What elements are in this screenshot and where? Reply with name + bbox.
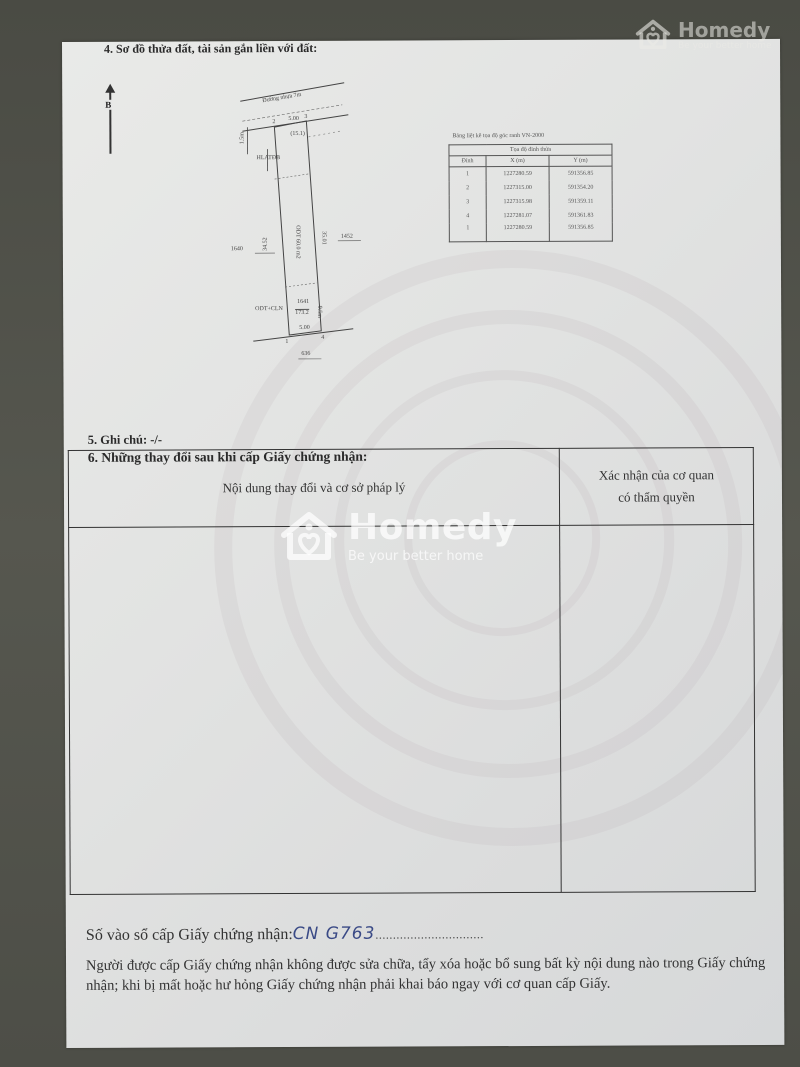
cell-y: 591356.85 bbox=[549, 166, 612, 181]
coordinates-title: Bảng liệt kê tọa độ góc ranh VN-2000 bbox=[452, 133, 544, 139]
bottom-width-label: 5.00 bbox=[299, 325, 310, 331]
legal-notice: Người được cấp Giấy chứng nhận không đượ… bbox=[86, 953, 776, 996]
cell-x: 1227281.07 bbox=[486, 209, 549, 223]
cell-vertex: 4 bbox=[449, 209, 486, 223]
table-row: 1 1227280.59 591356.85 bbox=[449, 223, 612, 242]
cell-vertex: 2 bbox=[449, 181, 486, 195]
watermark-brand: Homedy bbox=[678, 20, 772, 40]
coordinates-table: Tọa độ đỉnh thửa Đỉnh X (m) Y (m) 1 1227… bbox=[448, 144, 612, 243]
authority-header-line1: Xác nhận của cơ quan bbox=[599, 467, 714, 483]
watermark-tagline: Be your better home bbox=[678, 42, 772, 51]
col-header-x: X (m) bbox=[486, 155, 549, 166]
change-content-cell bbox=[69, 525, 562, 894]
serial-value: CN G763 bbox=[293, 924, 376, 944]
cell-x: 1227315.00 bbox=[486, 181, 549, 195]
col-header-y: Y (m) bbox=[549, 155, 612, 166]
neighbor-right: 1452 bbox=[341, 234, 353, 240]
north-label: B bbox=[104, 100, 112, 110]
watermark-brand: Homedy bbox=[348, 510, 517, 546]
table-row: 4 1227281.07 591361.83 bbox=[449, 209, 612, 224]
table-row bbox=[69, 524, 756, 894]
right-length-label: 35.01 bbox=[321, 231, 327, 245]
plot-diagram: Đường nhựa 7m 5.00 2 3 1.5m (15.1) HLATĐ… bbox=[212, 58, 433, 369]
section-5-notes: 5. Ghi chú: -/- bbox=[88, 433, 162, 448]
top-width-label: 5.00 bbox=[288, 116, 299, 122]
coordinates-group-header: Tọa độ đỉnh thửa bbox=[449, 144, 612, 156]
homedy-watermark: Homedy Be your better home bbox=[278, 510, 517, 563]
cell-x: 1227280.59 bbox=[486, 166, 549, 181]
col-header-authority-confirmation: Xác nhận của cơ quan có thẩm quyền bbox=[559, 447, 753, 525]
neighbor-left: 1640 bbox=[231, 246, 243, 252]
vertex-3: 3 bbox=[304, 114, 307, 120]
cell-y: 591354.20 bbox=[549, 181, 612, 195]
homedy-corner-logo: Homedy Be your better home bbox=[634, 18, 772, 52]
cell-x: 1227315.98 bbox=[486, 195, 549, 209]
zone-label: ODT 60.0 m2 bbox=[294, 225, 300, 258]
parcel-number: 1641 bbox=[297, 299, 309, 305]
table-row: 2 1227315.00 591354.20 bbox=[449, 181, 612, 196]
cell-vertex: 3 bbox=[449, 195, 486, 209]
serial-dots: ............................... bbox=[375, 927, 484, 941]
section-4-title: 4. Sơ đồ thửa đất, tài sản gắn liền với … bbox=[104, 41, 317, 57]
cell-y: 591359.11 bbox=[549, 195, 612, 209]
rear-length-label: 9.5m bbox=[316, 306, 322, 318]
parcel-area: 173.2 bbox=[295, 309, 309, 316]
left-length-label: 34.52 bbox=[263, 237, 269, 251]
land-type-label: ODT+CLN bbox=[255, 306, 283, 312]
house-heart-icon bbox=[634, 18, 672, 52]
authority-confirmation-cell bbox=[560, 524, 756, 892]
certificate-serial: Số vào sổ cấp Giấy chứng nhận:CN G763...… bbox=[86, 923, 484, 945]
table-row: 3 1227315.98 591359.11 bbox=[449, 195, 612, 210]
cell-vertex: 1 bbox=[449, 167, 486, 182]
cell-vertex: 1 bbox=[449, 223, 486, 242]
authority-header-line2: có thẩm quyền bbox=[618, 489, 695, 504]
cell-y: 591356.85 bbox=[549, 223, 612, 242]
col-header-vertex: Đỉnh bbox=[449, 156, 486, 167]
setback-label: HLATĐB bbox=[256, 155, 280, 161]
table-row: 1 1227280.59 591356.85 bbox=[449, 166, 612, 181]
cell-x: 1227280.59 bbox=[486, 223, 549, 242]
vertex-2: 2 bbox=[272, 119, 275, 125]
left-offset-label: 1.5m bbox=[239, 132, 245, 144]
neighbor-bottom: 636 bbox=[301, 351, 310, 357]
watermark-tagline: Be your better home bbox=[348, 550, 517, 563]
house-heart-icon bbox=[278, 511, 340, 563]
vertex-1: 1 bbox=[285, 339, 288, 345]
setback-area-label: (15.1) bbox=[290, 131, 305, 137]
north-arrow: B bbox=[105, 84, 115, 154]
serial-label: Số vào sổ cấp Giấy chứng nhận: bbox=[86, 926, 293, 944]
vertex-4: 4 bbox=[321, 335, 324, 341]
cell-y: 591361.83 bbox=[549, 209, 612, 223]
